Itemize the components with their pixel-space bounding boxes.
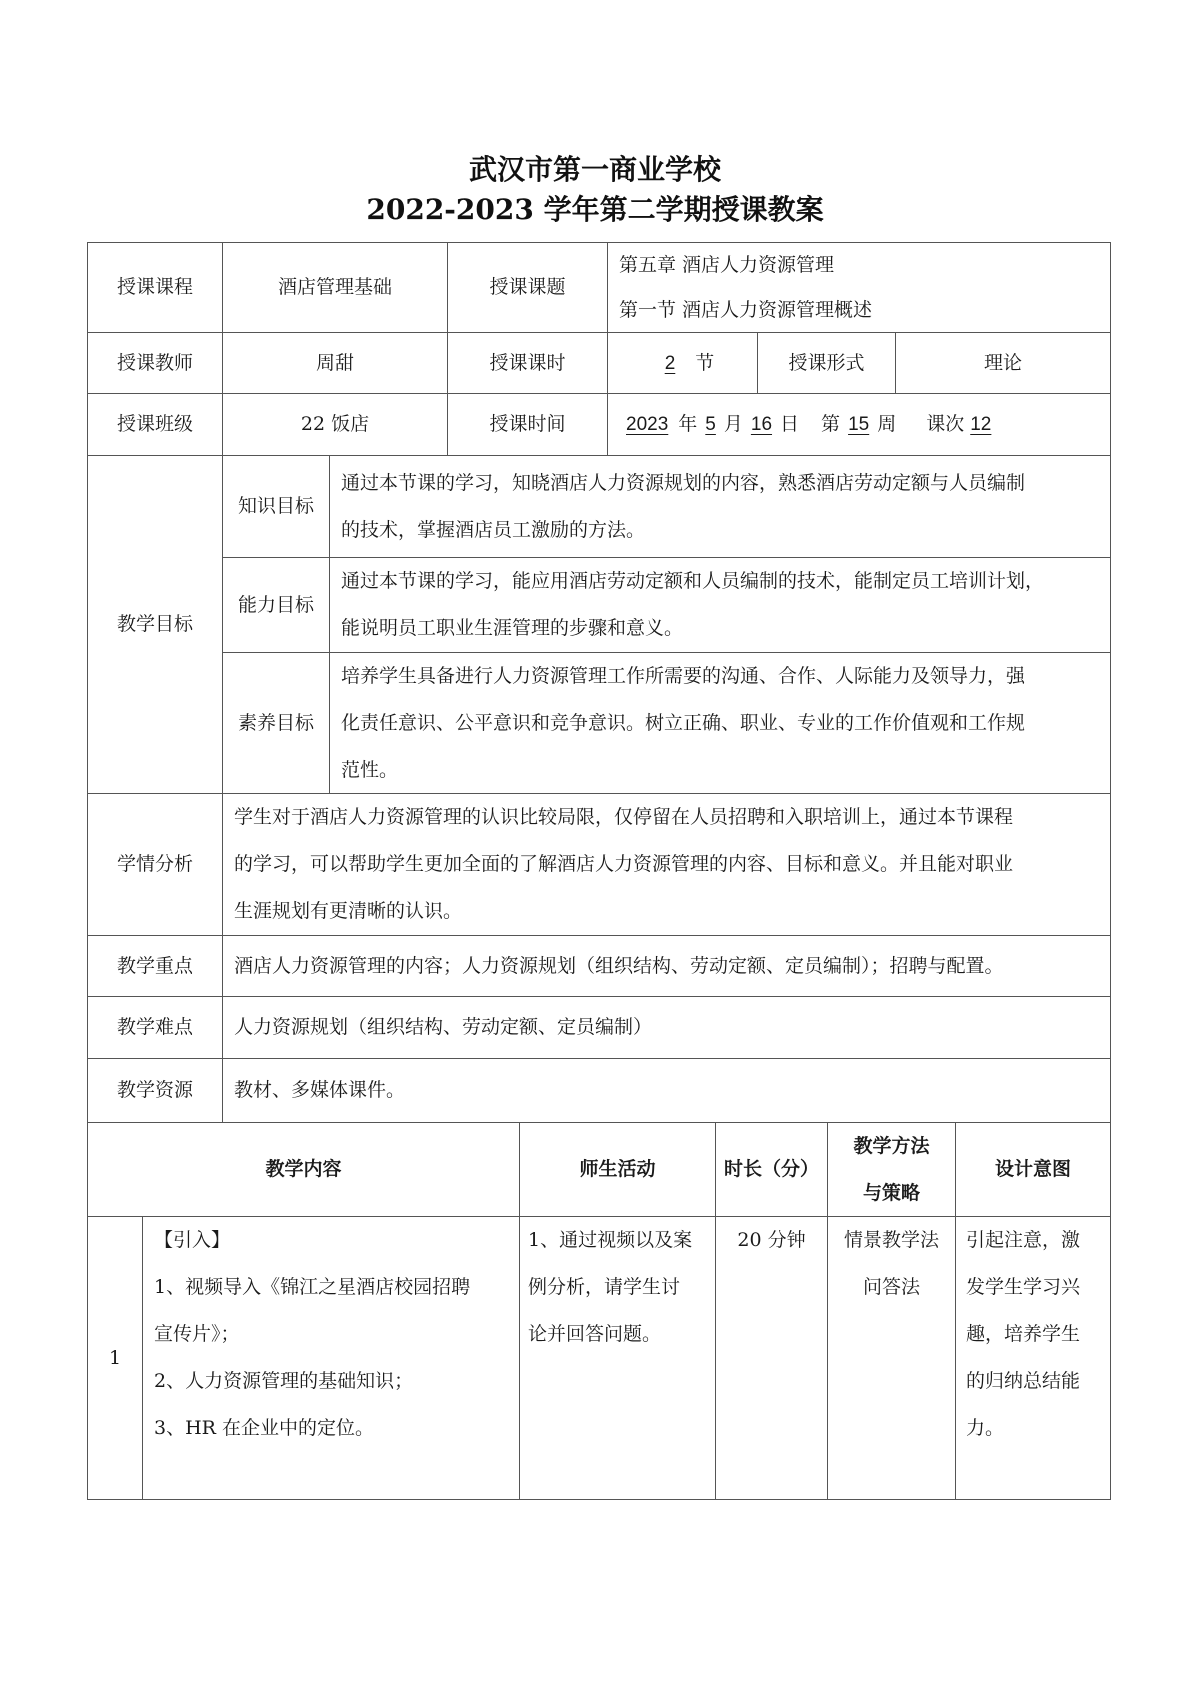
ability-objective-label: 能力目标 (222, 557, 329, 652)
ability-objective-text: 通过本节课的学习，能应用酒店劳动定额和人员编制的技术，能制定员工培训计划， 能说… (329, 557, 1111, 652)
course-row: 授课课程 酒店管理基础 授课课题 第五章 酒店人力资源管理 第一节 酒店人力资源… (87, 242, 1111, 332)
text-line: 发学生学习兴 (966, 1264, 1080, 1311)
form-value: 理论 (895, 332, 1111, 393)
difficulties-row: 教学难点 人力资源规划（组织结构、劳动定额、定员编制） (87, 996, 1111, 1058)
resources-row: 教学资源 教材、多媒体课件。 (87, 1058, 1111, 1122)
teacher-value: 周甜 (222, 332, 447, 393)
session-label: 课次 (926, 401, 964, 448)
year-unit: 年 (678, 401, 697, 448)
course-label: 授课课程 (87, 242, 222, 332)
day-value: 16 (743, 401, 780, 448)
text-line: 通过本节课的学习，知晓酒店人力资源规划的内容，熟悉酒店劳动定额与人员编制 (341, 460, 1025, 507)
text-line: 生涯规划有更清晰的认识。 (234, 888, 1013, 935)
header-content: 教学内容 (87, 1122, 519, 1216)
day-unit: 日 (780, 401, 799, 448)
text-line: 【引入】 (154, 1217, 470, 1264)
class-value: 22 饭店 (222, 393, 447, 455)
header-method-line1: 教学方法 (853, 1123, 929, 1170)
session-value: 12 (964, 401, 1003, 448)
row-content: 【引入】 1、视频导入《锦江之星酒店校园招聘 宣传片》； 2、人力资源管理的基础… (142, 1216, 519, 1500)
analysis-label: 学情分析 (87, 793, 222, 935)
week-prefix: 第 (821, 401, 840, 448)
header-method-line2: 与策略 (853, 1170, 929, 1217)
month-value: 5 (697, 401, 724, 448)
time-value: 2023 年 5 月 16 日 第 15 周 课次 12 (607, 393, 1111, 455)
difficulties-label: 教学难点 (87, 996, 222, 1058)
header-intent: 设计意图 (955, 1122, 1111, 1216)
text-line: 趣，培养学生 (966, 1311, 1080, 1358)
text-line: 问答法 (844, 1264, 939, 1311)
week-unit: 周 (877, 401, 896, 448)
header-method: 教学方法 与策略 (827, 1122, 955, 1216)
text-line: 情景教学法 (844, 1217, 939, 1264)
text-line: 的学习，可以帮助学生更加全面的了解酒店人力资源管理的内容、目标和意义。并且能对职… (234, 841, 1013, 888)
class-row: 授课班级 22 饭店 授课时间 2023 年 5 月 16 日 第 15 周 课… (87, 393, 1111, 455)
hours-value: 2 节 (607, 332, 757, 393)
topic-chapter: 第五章 酒店人力资源管理 (619, 243, 872, 288)
week-value: 15 (840, 401, 877, 448)
row-method: 情景教学法 问答法 (827, 1216, 955, 1500)
month-unit: 月 (724, 401, 743, 448)
text-line: 论并回答问题。 (528, 1311, 692, 1358)
text-line: 通过本节课的学习，能应用酒店劳动定额和人员编制的技术，能制定员工培训计划， (341, 558, 1044, 605)
text-line: 3、HR 在企业中的定位。 (154, 1405, 470, 1452)
row-activity: 1、通过视频以及案 例分析，请学生讨 论并回答问题。 (519, 1216, 715, 1500)
table-row: 1 【引入】 1、视频导入《锦江之星酒店校园招聘 宣传片》； 2、人力资源管理的… (87, 1216, 1111, 1500)
hours-unit: 节 (695, 340, 714, 387)
key-points-text: 酒店人力资源管理的内容；人力资源规划（组织结构、劳动定额、定员编制）；招聘与配置… (222, 935, 1111, 996)
literacy-objective-label: 素养目标 (222, 652, 329, 793)
text-line: 化责任意识、公平意识和竞争意识。树立正确、职业、专业的工作价值观和工作规 (341, 700, 1025, 747)
text-line: 范性。 (341, 747, 1025, 794)
literacy-objective-text: 培养学生具备进行人力资源管理工作所需要的沟通、合作、人际能力及领导力，强 化责任… (329, 652, 1111, 793)
course-value: 酒店管理基础 (222, 242, 447, 332)
analysis-row: 学情分析 学生对于酒店人力资源管理的认识比较局限，仅停留在人员招聘和入职培训上，… (87, 793, 1111, 935)
school-title: 武汉市第一商业学校 (0, 148, 1190, 188)
text-line: 学生对于酒店人力资源管理的认识比较局限，仅停留在人员招聘和入职培训上，通过本节课… (234, 794, 1013, 841)
resources-text: 教材、多媒体课件。 (222, 1058, 1111, 1122)
difficulties-text: 人力资源规划（组织结构、劳动定额、定员编制） (222, 996, 1111, 1058)
key-points-label: 教学重点 (87, 935, 222, 996)
year-value: 2023 (626, 401, 678, 448)
hours-label: 授课课时 (447, 332, 607, 393)
objectives-section: 教学目标 知识目标 通过本节课的学习，知晓酒店人力资源规划的内容，熟悉酒店劳动定… (87, 455, 1111, 793)
topic-value: 第五章 酒店人力资源管理 第一节 酒店人力资源管理概述 (607, 242, 1111, 332)
text-line: 培养学生具备进行人力资源管理工作所需要的沟通、合作、人际能力及领导力，强 (341, 653, 1025, 700)
objectives-label: 教学目标 (87, 455, 222, 793)
teacher-label: 授课教师 (87, 332, 222, 393)
class-label: 授课班级 (87, 393, 222, 455)
content-table-header: 教学内容 师生活动 时长（分） 教学方法 与策略 设计意图 (87, 1122, 1111, 1216)
hours-number: 2 (651, 340, 690, 387)
text-line: 力。 (966, 1405, 1080, 1452)
text-line: 1、视频导入《锦江之星酒店校园招聘 (154, 1264, 470, 1311)
time-label: 授课时间 (447, 393, 607, 455)
knowledge-objective-label: 知识目标 (222, 455, 329, 557)
row-duration: 20 分钟 (715, 1216, 827, 1500)
topic-section: 第一节 酒店人力资源管理概述 (619, 288, 872, 333)
knowledge-objective-text: 通过本节课的学习，知晓酒店人力资源规划的内容，熟悉酒店劳动定额与人员编制 的技术… (329, 455, 1111, 557)
lesson-plan-title: 2022-2023 学年第二学期授课教案 (0, 188, 1190, 228)
text-line: 例分析，请学生讨 (528, 1264, 692, 1311)
text-line: 引起注意，激 (966, 1217, 1080, 1264)
row-index: 1 (87, 1216, 142, 1500)
text-line: 的归纳总结能 (966, 1358, 1080, 1405)
form-label: 授课形式 (757, 332, 895, 393)
resources-label: 教学资源 (87, 1058, 222, 1122)
text-line: 的技术，掌握酒店员工激励的方法。 (341, 507, 1025, 554)
text-line: 1、通过视频以及案 (528, 1217, 692, 1264)
text-line: 能说明员工职业生涯管理的步骤和意义。 (341, 605, 1044, 652)
teacher-row: 授课教师 周甜 授课课时 2 节 授课形式 理论 (87, 332, 1111, 393)
row-intent: 引起注意，激 发学生学习兴 趣，培养学生 的归纳总结能 力。 (955, 1216, 1111, 1500)
analysis-text: 学生对于酒店人力资源管理的认识比较局限，仅停留在人员招聘和入职培训上，通过本节课… (222, 793, 1111, 935)
header-duration: 时长（分） (715, 1122, 827, 1216)
header-activity: 师生活动 (519, 1122, 715, 1216)
topic-label: 授课课题 (447, 242, 607, 332)
text-line: 宣传片》； (154, 1311, 470, 1358)
text-line: 2、人力资源管理的基础知识； (154, 1358, 470, 1405)
key-points-row: 教学重点 酒店人力资源管理的内容；人力资源规划（组织结构、劳动定额、定员编制）；… (87, 935, 1111, 996)
